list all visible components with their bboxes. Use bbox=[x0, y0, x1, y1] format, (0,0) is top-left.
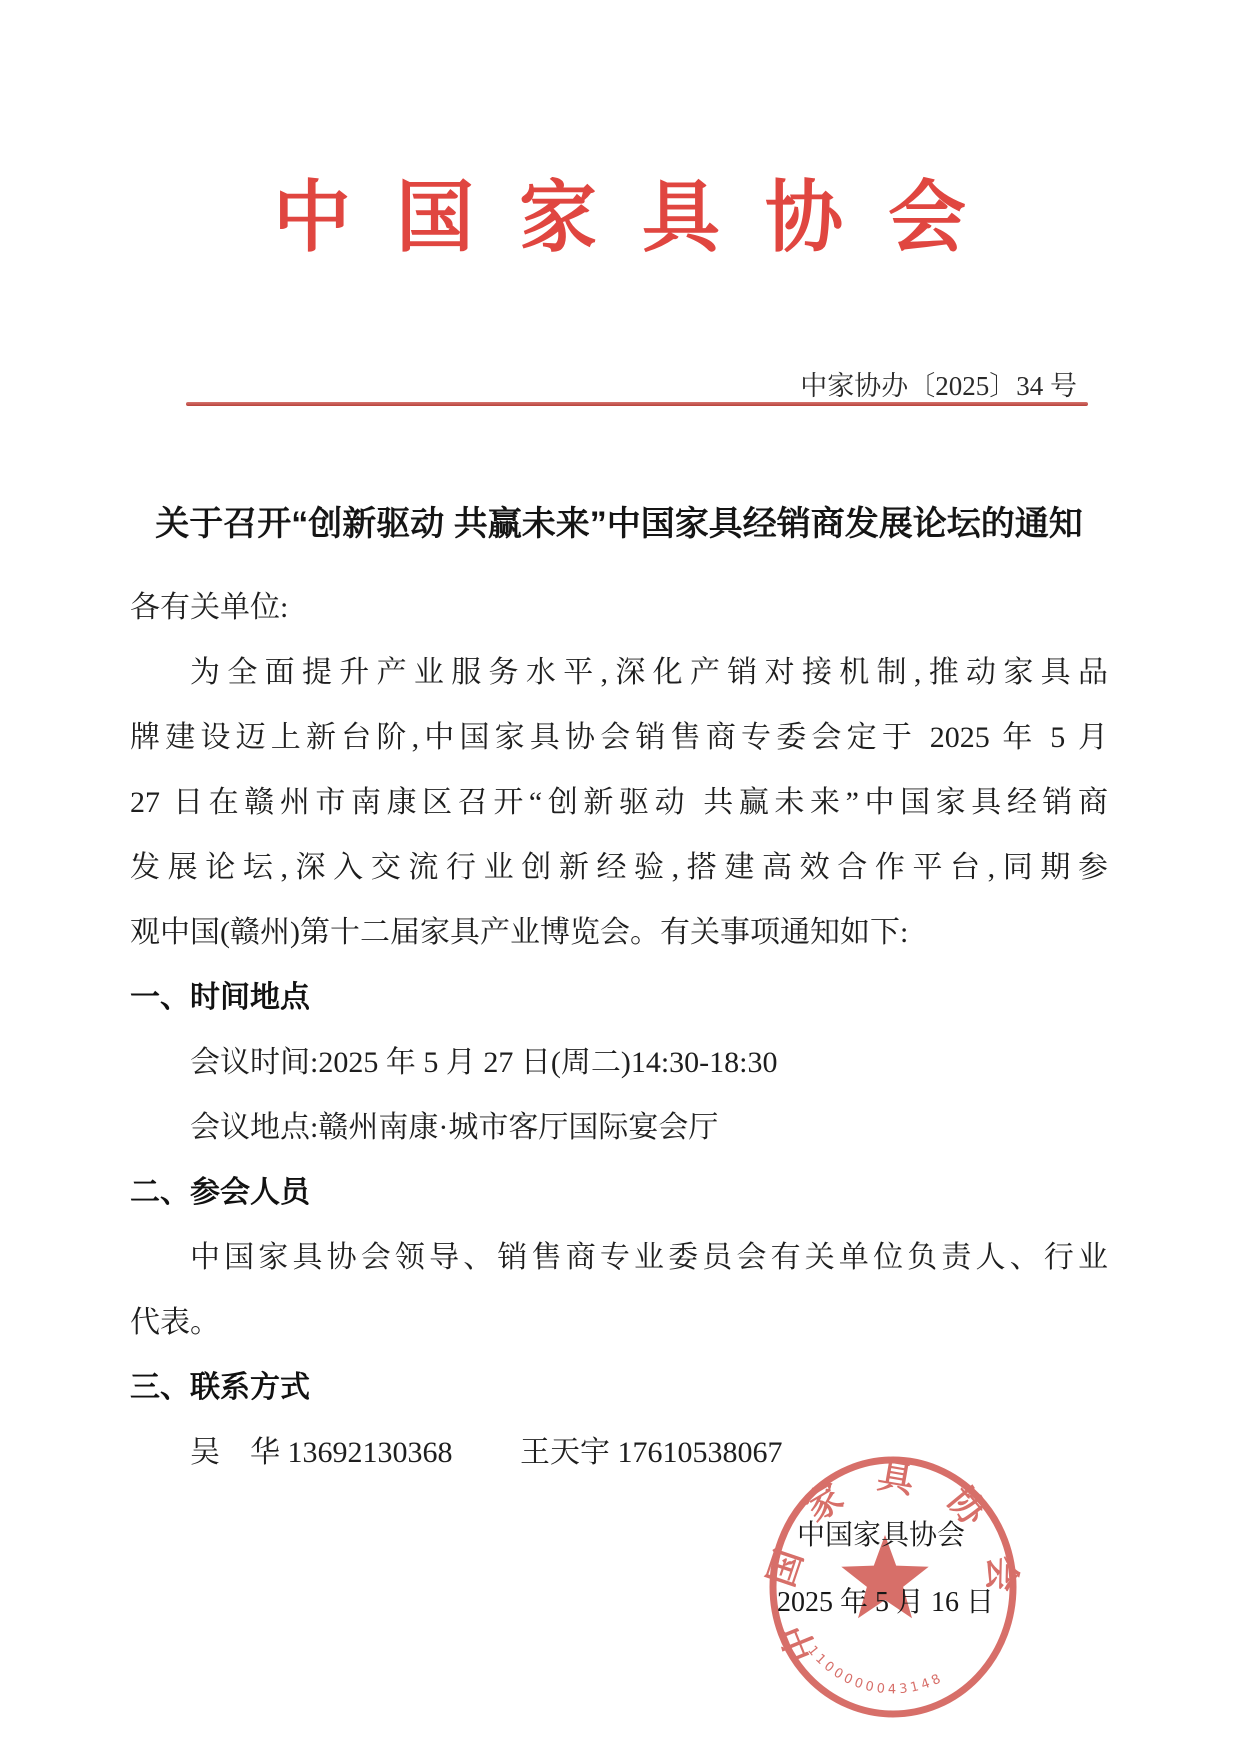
document-page: 中国家具协会 中家协办〔2025〕34 号 关于召开“创新驱动 共赢未来”中国家… bbox=[0, 0, 1239, 1752]
paragraph-line: 为全面提升产业服务水平,深化产销对接机制,推动家具品 bbox=[130, 640, 1108, 705]
section-heading-1: 一、时间地点 bbox=[130, 965, 1108, 1030]
doc-number: 中家协办〔2025〕34 号 bbox=[800, 370, 1077, 402]
document-body: 各有关单位: 为全面提升产业服务水平,深化产销对接机制,推动家具品 牌建设迈上新… bbox=[130, 575, 1108, 1485]
section-heading-3: 三、联系方式 bbox=[130, 1355, 1108, 1420]
section-heading-2: 二、参会人员 bbox=[130, 1160, 1108, 1225]
paragraph-line: 观中国(赣州)第十二届家具产业博览会。有关事项通知如下: bbox=[130, 900, 1108, 965]
signature-organization: 中国家具协会 bbox=[797, 1518, 965, 1554]
red-divider-rule bbox=[186, 402, 1088, 406]
meeting-place-line: 会议地点:赣州南康·城市客厅国际宴会厅 bbox=[130, 1095, 1108, 1160]
paragraph-line: 发展论坛,深入交流行业创新经验,搭建高效合作平台,同期参 bbox=[130, 835, 1108, 900]
org-title: 中国家具协会 bbox=[0, 168, 1239, 268]
meeting-time-line: 会议时间:2025 年 5 月 27 日(周二)14:30-18:30 bbox=[130, 1030, 1108, 1095]
salutation-line: 各有关单位: bbox=[130, 575, 1108, 640]
paragraph-line: 中国家具协会领导、销售商专业委员会有关单位负责人、行业 bbox=[130, 1225, 1108, 1290]
paragraph-line: 代表。 bbox=[130, 1290, 1108, 1355]
paragraph-line: 27 日在赣州市南康区召开“创新驱动 共赢未来”中国家具经销商 bbox=[130, 770, 1108, 835]
paragraph-line: 牌建设迈上新台阶,中国家具协会销售商专委会定于 2025 年 5 月 bbox=[130, 705, 1108, 770]
notice-title: 关于召开“创新驱动 共赢未来”中国家具经销商发展论坛的通知 bbox=[128, 498, 1110, 550]
signature-date: 2025 年 5 月 16 日 bbox=[777, 1585, 994, 1621]
